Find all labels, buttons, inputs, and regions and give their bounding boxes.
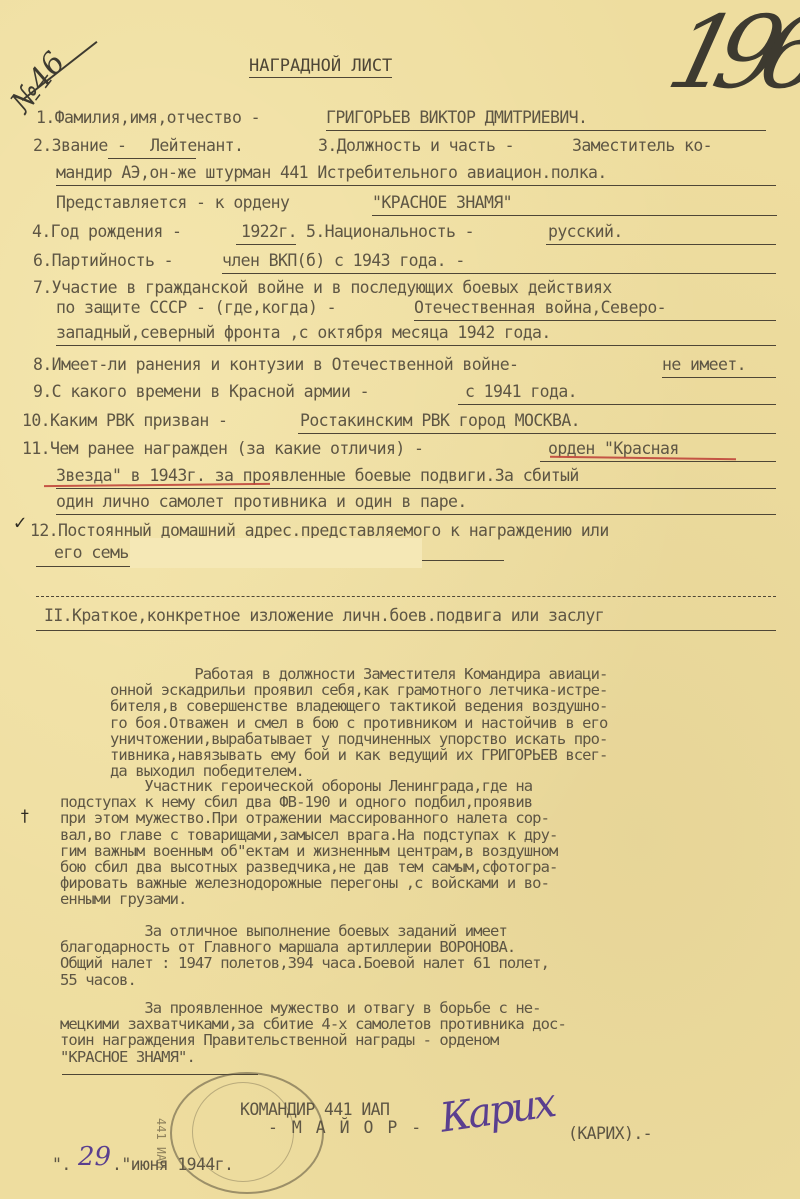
check-mark-icon: ✓ (14, 510, 26, 534)
field-11-value-3: один лично самолет противника и один в п… (56, 492, 467, 511)
signatory-rank: - М А Й О Р - (268, 1118, 423, 1137)
document-title: НАГРАДНОЙ ЛИСТ (249, 56, 392, 78)
field-7-label-2: по защите СССР - (где,когда) - (56, 298, 336, 317)
field-5-underline (546, 244, 776, 245)
nomination-value: "КРАСНОЕ ЗНАМЯ" (372, 193, 512, 212)
field-2-value: Лейтенант. (150, 136, 243, 155)
narrative-paragraph-2: Участник героической обороны Ленинграда,… (60, 778, 700, 908)
section-2-heading: II.Краткое,конкретное изложение личн.бое… (44, 606, 604, 625)
field-4-value: 1922г. (241, 222, 297, 241)
field-9-underline (458, 404, 776, 405)
field-8-value: не имеет. (662, 355, 746, 374)
field-11-underline-3 (56, 514, 776, 515)
date-day-hand: 29 (78, 1142, 111, 1172)
field-11-value-2: Звезда" в 1943г. за проявленные боевые п… (56, 466, 579, 485)
field-9-label: 9.С какого времени в Красной армии - (33, 382, 369, 401)
field-7-value-1: Отечественная война,Северо- (414, 298, 666, 317)
field-6-value: член ВКП(б) с 1943 года. - (222, 251, 465, 270)
field-10-value: Ростакинским РВК город МОСКВА. (300, 411, 580, 430)
field-10-label: 10.Каким РВК призван - (22, 411, 227, 430)
field-5-value: русский. (548, 222, 623, 241)
field-5-label: 5.Национальность - (306, 222, 474, 241)
field-3-underline (56, 185, 776, 186)
field-7-value-2: западный,северный фронта ,с октября меся… (56, 323, 551, 342)
field-1-value: ГРИГОРЬЕВ ВИКТОР ДМИТРИЕВИЧ. (326, 108, 587, 127)
nomination-underline (372, 215, 777, 216)
field-4-label: 4.Год рождения - (32, 222, 181, 241)
field-3-value-2: мандир АЭ,он-же штурман 441 Истребительн… (56, 163, 607, 182)
field-12-underline-a (36, 566, 130, 567)
field-8-label: 8.Имеет-ли ранения и контузии в Отечеств… (33, 355, 518, 374)
field-1-underline (326, 130, 766, 131)
narrative-paragraph-1: Работая в должности Заместителя Командир… (110, 666, 750, 779)
field-4-underline (236, 244, 296, 245)
nomination-label: Представляется - к ордену (56, 193, 289, 212)
field-2-label: 2.Звание - (33, 136, 126, 155)
field-10-underline (298, 433, 776, 434)
field-7-underline-1 (414, 320, 776, 321)
field-7-underline-2 (56, 345, 776, 346)
date-quote-open: ". (52, 1155, 71, 1174)
field-11-underline-2 (56, 488, 776, 489)
narrative-paragraph-3: За отличное выполнение боевых заданий им… (60, 923, 700, 988)
field-9-value: с 1941 года. (465, 382, 577, 401)
section-divider-top (36, 596, 776, 597)
signatory-position: КОМАНДИР 441 ИАП (240, 1100, 389, 1119)
field-2-underline (108, 158, 196, 159)
field-3-value-1: Заместитель ко- (572, 136, 712, 155)
field-11-underline-1 (540, 461, 776, 462)
redacted-address (130, 538, 422, 568)
margin-mark-icon: † (20, 806, 30, 825)
field-1-label: 1.Фамилия,имя,отчество - (36, 108, 260, 127)
field-3-label: 3.Должность и часть - (318, 136, 514, 155)
field-7-label-1: 7.Участие в гражданской войне и в послед… (33, 278, 612, 297)
narrative-paragraph-4: За проявленное мужество и отвагу в борьб… (60, 1000, 700, 1065)
date-rest: ."июня 1944г. (112, 1155, 233, 1174)
section-divider-bottom (36, 630, 776, 631)
field-11-label: 11.Чем ранее награжден (за какие отличия… (22, 439, 423, 458)
field-8-underline (662, 377, 776, 378)
signatory-name: (КАРИХ).- (568, 1124, 652, 1143)
field-6-underline (222, 273, 776, 274)
field-6-label: 6.Партийность - (33, 251, 173, 270)
field-12-underline-b (422, 560, 504, 561)
